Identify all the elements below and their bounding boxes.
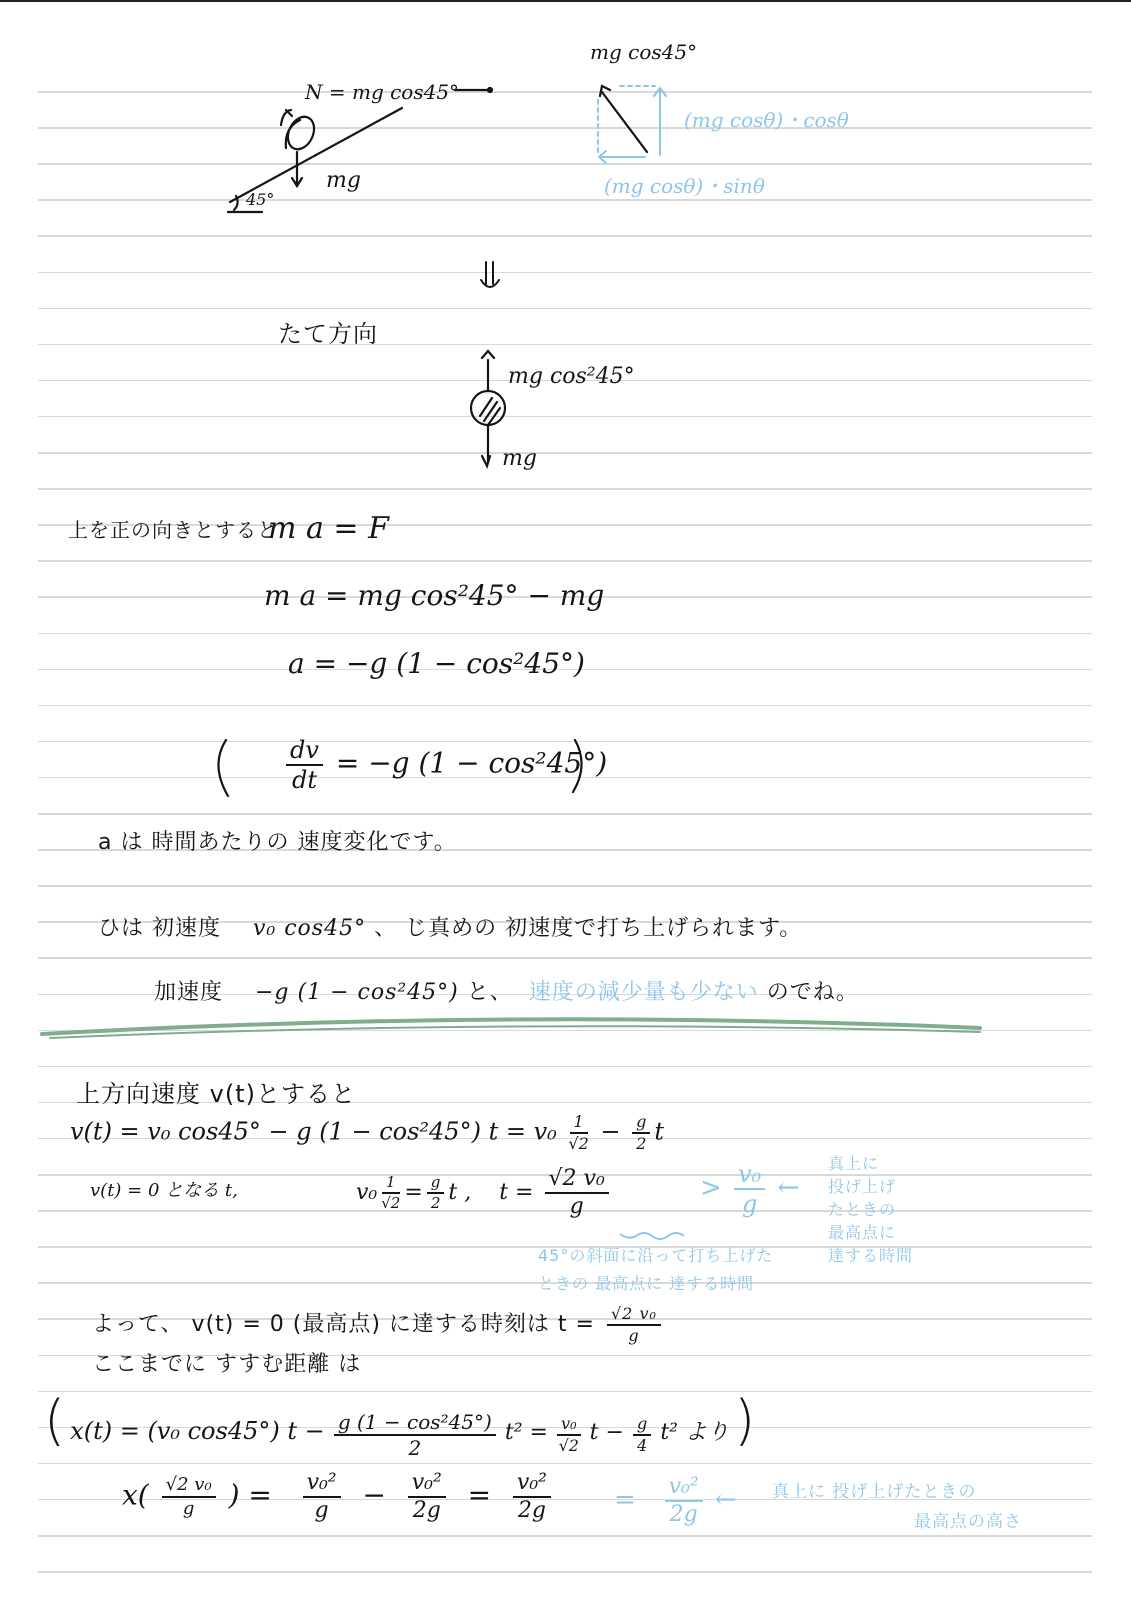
implies-arrow-icon <box>481 262 499 287</box>
decomp-title: mg cos45° <box>590 42 697 62</box>
normal-force-label: N = mg cos45° <box>305 82 459 102</box>
velocity-equation: v(t) = v₀ cos45° − g (1 − cos²45°) t = v… <box>70 1114 664 1152</box>
max-height-note-line2: 最高点の高さ <box>914 1514 1022 1531</box>
ball-diagram <box>471 351 505 466</box>
left-arrow-icon: ← <box>778 1173 800 1203</box>
vertical-heading: たて方向 <box>278 322 378 346</box>
apex-time-statement: よって、 v(t) = 0 (最高点) に達する時刻は t = √2 v₀g <box>92 1306 665 1344</box>
decomp-vertical-label: (mg cosθ)・cosθ <box>684 110 849 130</box>
equation-newton: m a = F <box>268 514 389 544</box>
zero-velocity-condition: v(t) = 0 となる t, <box>90 1182 238 1200</box>
slope-throw-note: 45°の斜面に沿って打ち上げた ときの 最高点に 達する時間 <box>538 1242 773 1298</box>
sign-convention-text: 上を正の向きとすると <box>68 520 278 540</box>
decomp-horizontal-label: (mg cosθ)・sinθ <box>604 176 765 196</box>
max-height-comparison: = v₀²2g ← <box>614 1476 737 1526</box>
equation-acceleration: a = −g (1 − cos²45°) <box>288 650 585 678</box>
gravity-label: mg <box>326 170 361 192</box>
velocity-heading: 上方向速度 v(t)とすると <box>76 1082 356 1106</box>
left-arrow-icon: ← <box>715 1485 737 1515</box>
initial-velocity-note: ひは 初速度 v₀ cos45° 、 じ真めの 初速度で打ち上げられます。 <box>98 918 802 940</box>
acceleration-note: a は 時間あたりの 速度変化です。 <box>98 832 457 854</box>
max-distance-equation: x( √2 v₀g ) = v₀²g − v₀²2g = v₀²2g <box>122 1472 555 1522</box>
upward-force-label: mg cos²45° <box>508 366 635 388</box>
downward-force-label: mg <box>502 448 537 470</box>
equation-force-balance: m a = mg cos²45° − mg <box>264 582 604 610</box>
equation-derivative: dvdt = −g (1 − cos²45°) <box>282 738 607 792</box>
time-comparison: > v₀g ← <box>700 1162 799 1216</box>
acceleration-compare-note: 加速度 −g (1 − cos²45°) と、 速度の減少量も少ない のでね。 <box>154 982 859 1004</box>
max-height-note-line1: 真上に 投げ上げたときの <box>772 1484 976 1501</box>
force-decomposition <box>598 86 666 163</box>
solve-equation: v₀1√2=g2t , t = √2 v₀g <box>356 1168 613 1218</box>
position-equation: ( x(t) = (v₀ cos45°) t − g (1 − cos²45°)… <box>44 1394 755 1458</box>
angle-label: 45° <box>246 192 274 208</box>
wavy-underline <box>620 1233 684 1239</box>
distance-intro: ここまでに すすむ距離 は <box>92 1354 361 1376</box>
vertical-throw-note: 真上に 投げ上げ たときの 最高点に 達する時間 <box>828 1152 913 1267</box>
section-divider <box>40 1012 985 1042</box>
